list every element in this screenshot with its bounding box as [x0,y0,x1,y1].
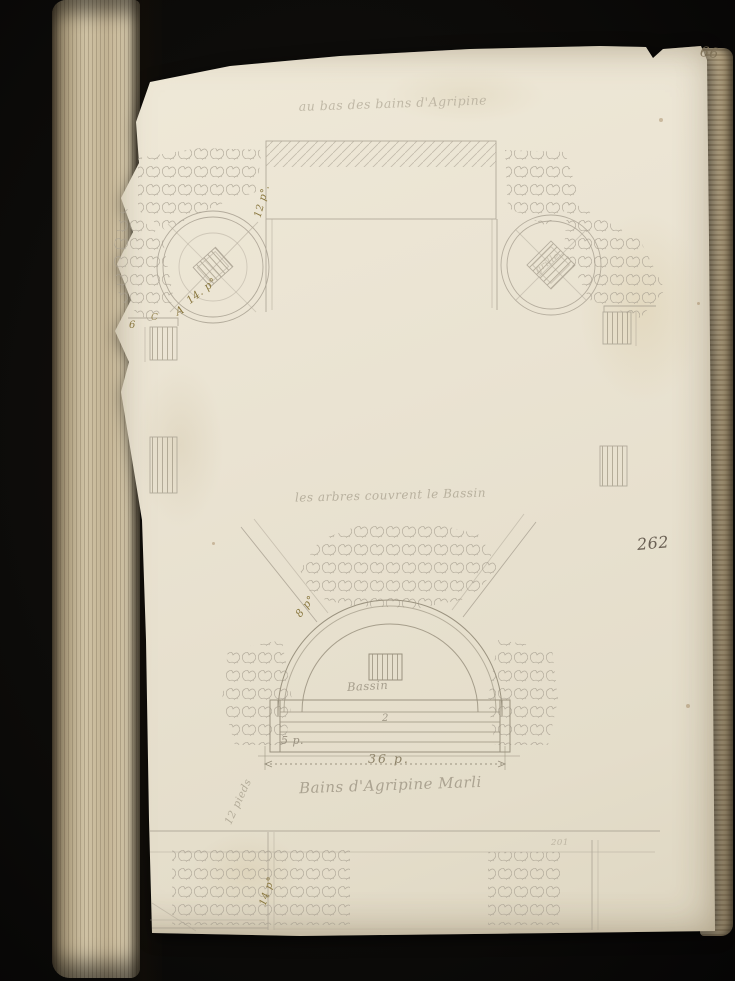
paper-stain [350,55,580,135]
page-edge-shading [110,42,720,940]
paper-stain [555,175,730,440]
foxing-spot [659,118,663,122]
paper-sheet [0,0,735,981]
foxing-spot [697,302,700,305]
foxing-spot [212,542,215,545]
sketchbook-page [0,0,735,981]
foxing-spot [686,704,690,708]
paper-stain [120,330,240,560]
photograph-of-open-sketchbook: 66 au bas des bains d'Agripine 12 p°. 14… [0,0,735,981]
paper-stain [168,815,328,930]
